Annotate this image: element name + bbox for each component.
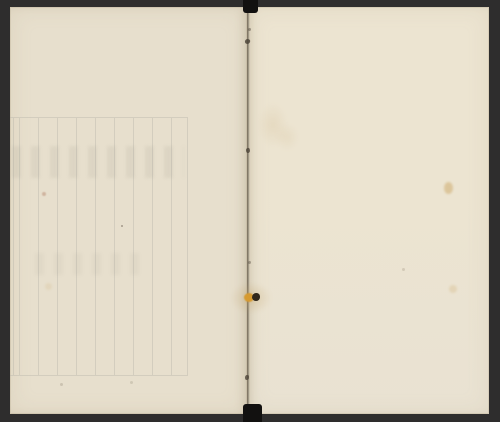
bleedthrough-text-row-lower	[35, 253, 145, 275]
right-page	[249, 7, 489, 414]
left-page-speck	[130, 381, 133, 384]
right-page-tan-stain	[444, 182, 453, 194]
binding-stain-spot	[252, 293, 260, 301]
bleedthrough-text-row-upper	[12, 146, 184, 178]
right-page-speck	[402, 268, 405, 271]
binding-notch-top	[243, 0, 258, 13]
center-fold-line	[247, 7, 249, 414]
right-page-tan-stain	[449, 285, 457, 293]
binding-notch-bottom	[243, 404, 262, 422]
scan-background	[0, 0, 500, 422]
left-page-speck	[42, 192, 46, 196]
left-page-faint-stain	[45, 283, 52, 290]
left-page-speck	[121, 225, 123, 227]
left-page-speck	[60, 383, 63, 386]
right-page-smudge	[275, 123, 299, 151]
